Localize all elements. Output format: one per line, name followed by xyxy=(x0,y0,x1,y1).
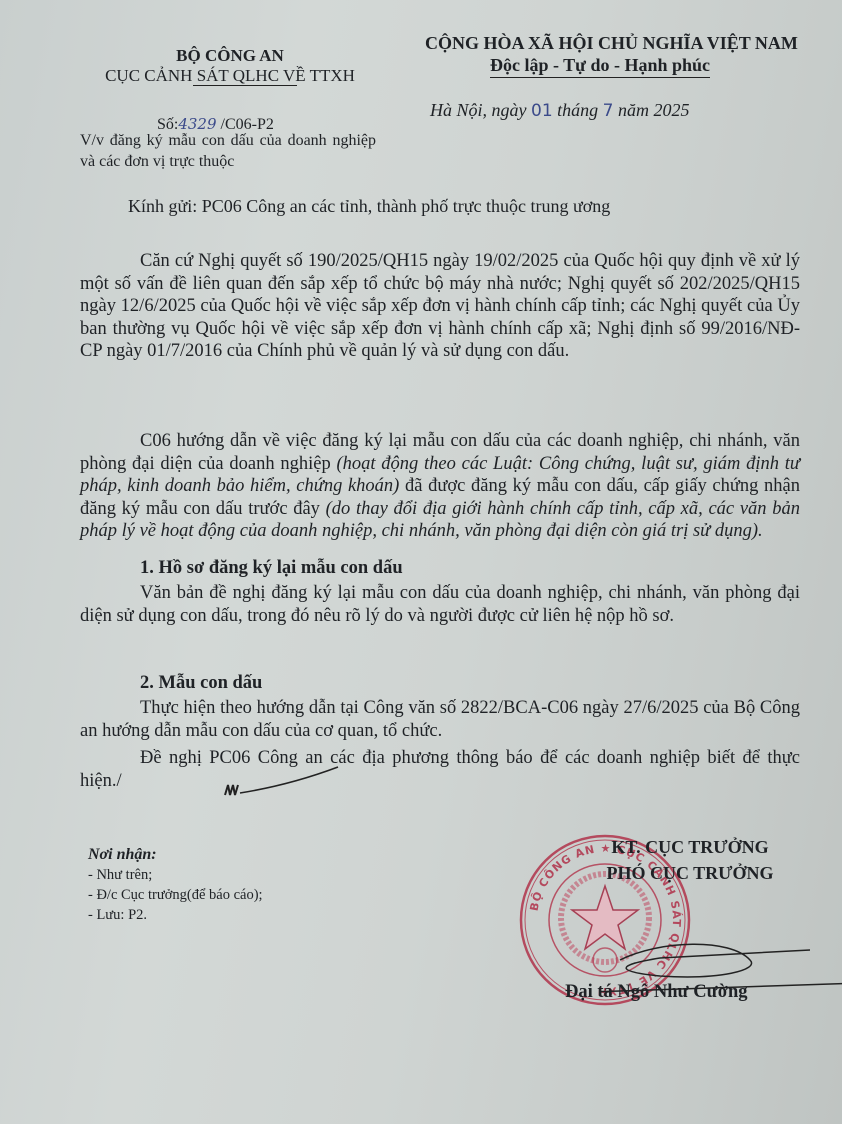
department-underline xyxy=(193,85,297,86)
nation-name: CỘNG HÒA XÃ HỘI CHỦ NGHĨA VIỆT NAM xyxy=(425,32,775,54)
paragraph-legal-basis: Căn cứ Nghị quyết số 190/2025/QH15 ngày … xyxy=(80,250,800,363)
receiver-item: - Như trên; xyxy=(88,865,263,885)
signature-title: KT. CỤC TRƯỞNG PHÓ CỤC TRƯỞNG xyxy=(570,834,810,886)
issuer-block: BỘ CÔNG AN CỤC CẢNH SÁT QLHC VỀ TTXH xyxy=(80,46,380,86)
handwritten-signature-icon xyxy=(600,940,842,1020)
receiver-item: - Lưu: P2. xyxy=(88,905,263,925)
section-2-title: 2. Mẫu con dấu xyxy=(140,673,262,694)
section-1-title: 1. Hồ sơ đăng ký lại mẫu con dấu xyxy=(140,558,403,579)
place-date: Hà Nội, ngày 01 tháng 7 năm 2025 xyxy=(430,100,689,121)
signer-name: Đại tá Ngô Như Cường xyxy=(565,982,748,1003)
handwritten-month: 7 xyxy=(603,101,614,121)
official-letter: BỘ CÔNG AN CỤC CẢNH SÁT QLHC VỀ TTXH Số:… xyxy=(0,0,842,1124)
ministry-name: BỘ CÔNG AN xyxy=(80,46,380,66)
paragraph-seal-template: Thực hiện theo hướng dẫn tại Công văn số… xyxy=(80,697,800,742)
national-heading: CỘNG HÒA XÃ HỘI CHỦ NGHĨA VIỆT NAM Độc l… xyxy=(425,32,775,78)
receivers-block: Nơi nhận: - Như trên; - Đ/c Cục trưởng(đ… xyxy=(88,845,263,925)
initial-mark-icon xyxy=(160,765,340,805)
national-motto: Độc lập - Tự do - Hạnh phúc xyxy=(490,54,710,78)
handwritten-day: 01 xyxy=(531,101,553,121)
recipient-line: Kính gửi: PC06 Công an các tỉnh, thành p… xyxy=(128,196,610,217)
receivers-title: Nơi nhận: xyxy=(88,845,263,865)
paragraph-guidance: C06 hướng dẫn về việc đăng ký lại mẫu co… xyxy=(80,430,800,543)
paragraph-dossier: Văn bản đề nghị đăng ký lại mẫu con dấu … xyxy=(80,582,800,627)
subject-line: V/v đăng ký mẫu con dấu của doanh nghiệp… xyxy=(80,130,376,172)
department-name: CỤC CẢNH SÁT QLHC VỀ TTXH xyxy=(105,66,355,86)
receiver-item: - Đ/c Cục trưởng(để báo cáo); xyxy=(88,885,263,905)
